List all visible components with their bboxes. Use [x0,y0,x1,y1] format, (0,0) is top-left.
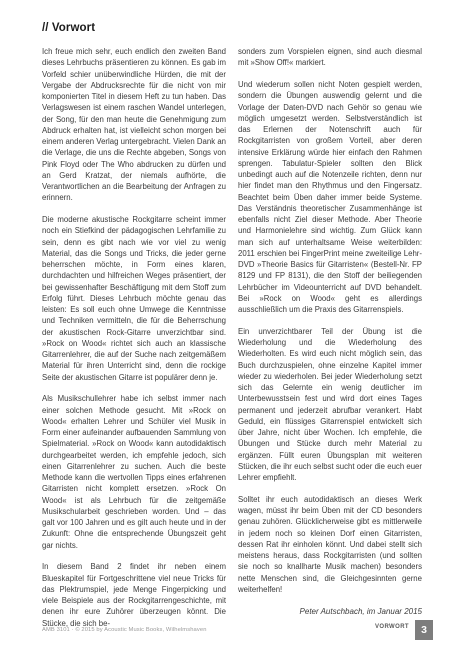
paragraph: Ein unverzichtbarer Teil der Übung ist d… [238,326,422,484]
paragraph: Und wiederum sollen nicht Noten gespielt… [238,79,422,315]
footer-right: VORWORT 3 [375,620,433,640]
page-title: // Vorwort [42,22,95,34]
footer-imprint: AMB 3101 · © 2015 by Acoustic Music Book… [42,627,207,633]
author-signature: Peter Autschbach, im Januar 2015 [238,606,422,617]
page-number-badge: 3 [415,620,433,640]
paragraph: Ich freue mich sehr, euch endlich den zw… [42,46,226,204]
paragraph: In diesem Band 2 findet ihr neben einem … [42,561,226,629]
text-columns: Ich freue mich sehr, euch endlich den zw… [42,46,422,629]
paragraph: Solltet ihr euch autodidaktisch an diese… [238,494,422,595]
left-column: Ich freue mich sehr, euch endlich den zw… [42,46,226,629]
footer-section-label: VORWORT [375,624,409,630]
book-page: // Vorwort Ich freue mich sehr, euch end… [0,0,459,648]
paragraph: Als Musikschullehrer habe ich selbst imm… [42,393,226,551]
paragraph: sonders zum Vorspielen eignen, sind auch… [238,46,422,69]
paragraph: Die moderne akustische Rockgitarre schei… [42,214,226,383]
right-column: sonders zum Vorspielen eignen, sind auch… [238,46,422,629]
